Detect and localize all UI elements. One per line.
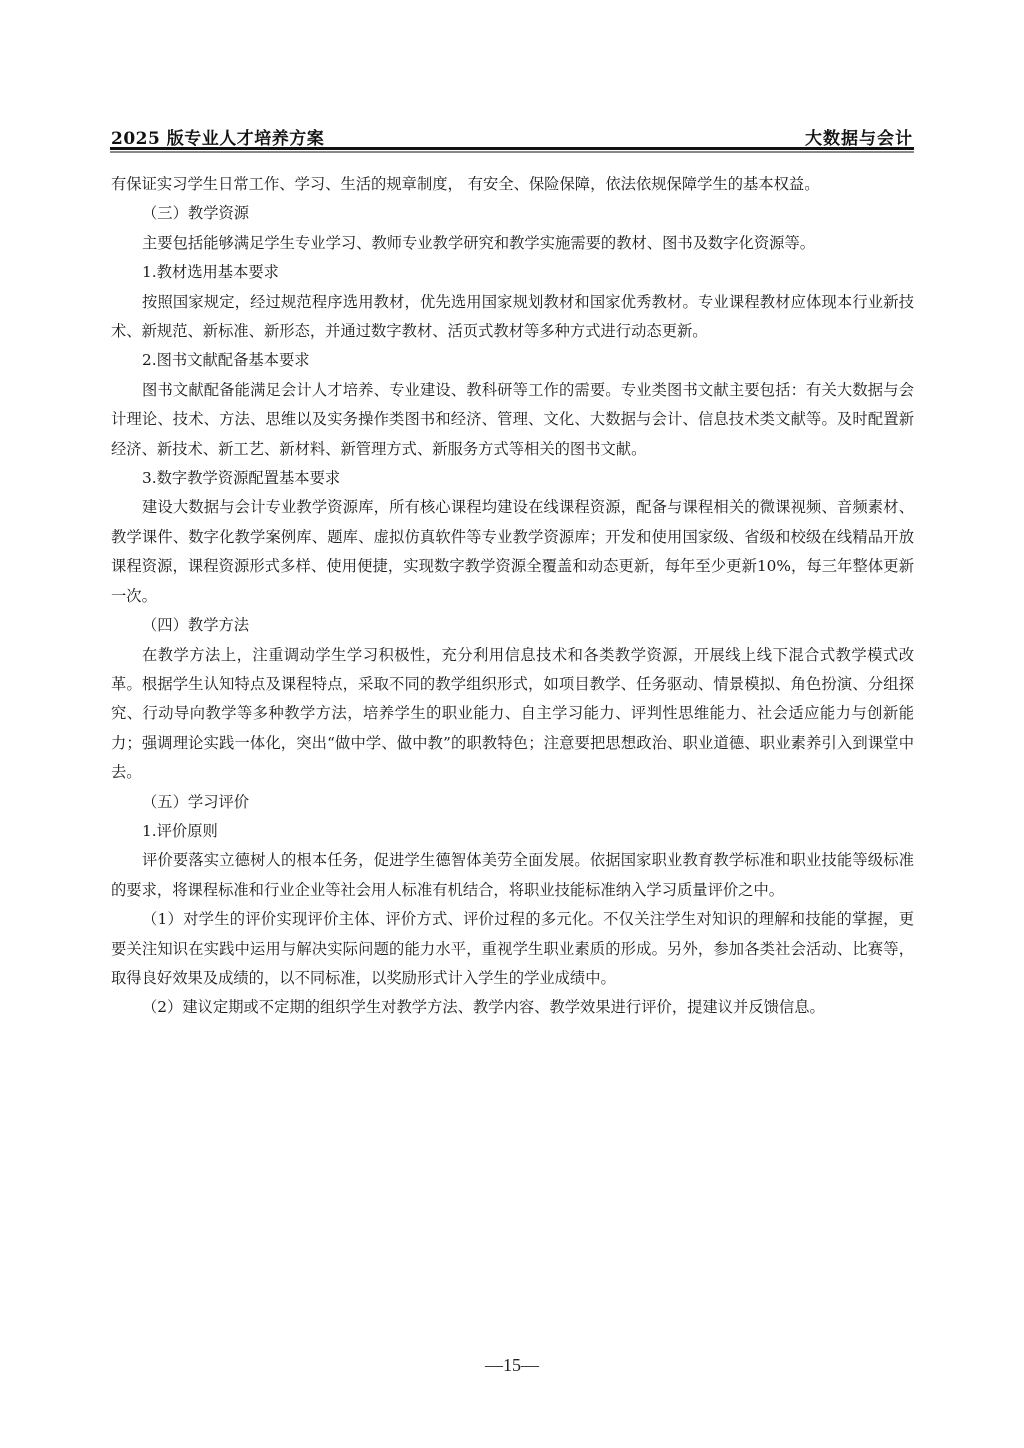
- paragraph: 建设大数据与会计专业教学资源库，所有核心课程均建设在线课程资源，配备与课程相关的…: [111, 493, 914, 611]
- section-heading-learning-evaluation: （五）学习评价: [111, 788, 914, 817]
- subheading-textbook-selection: 1.教材选用基本要求: [111, 258, 914, 287]
- paragraph: 按照国家规定，经过规范程序选用教材，优先选用国家规划教材和国家优秀教材。专业课程…: [111, 288, 914, 347]
- section-heading-teaching-methods: （四）教学方法: [111, 611, 914, 640]
- subheading-digital-resources: 3.数字教学资源配置基本要求: [111, 464, 914, 493]
- section-heading-teaching-resources: （三）教学资源: [111, 199, 914, 228]
- page-number: —15—: [0, 1355, 1024, 1376]
- header-rule-thin: [110, 151, 914, 153]
- document-page: 2025 版专业人才培养方案 大数据与会计 有保证实习学生日常工作、学习、生活的…: [0, 0, 1024, 1448]
- paragraph: 在教学方法上，注重调动学生学习积极性，充分利用信息技术和各类教学资源，开展线上线…: [111, 641, 914, 788]
- paragraph: 主要包括能够满足学生专业学习、教师专业教学研究和教学实施需要的教材、图书及数字化…: [111, 229, 914, 258]
- header-rule-thick: [110, 147, 914, 150]
- paragraph: （1）对学生的评价实现评价主体、评价方式、评价过程的多元化。不仅关注学生对知识的…: [111, 905, 914, 993]
- page-header: 2025 版专业人才培养方案 大数据与会计: [111, 124, 913, 146]
- subheading-library-resources: 2.图书文献配备基本要求: [111, 346, 914, 375]
- subheading-evaluation-principles: 1.评价原则: [111, 817, 914, 846]
- header-document-title: 2025 版专业人才培养方案: [111, 124, 324, 149]
- paragraph: （2）建议定期或不定期的组织学生对教学方法、教学内容、教学效果进行评价，提建议并…: [111, 993, 914, 1022]
- header-major-name: 大数据与会计: [805, 124, 913, 149]
- paragraph-continuation: 有保证实习学生日常工作、学习、生活的规章制度， 有安全、保险保障，依法依规保障学…: [111, 170, 914, 199]
- paragraph: 评价要落实立德树人的根本任务，促进学生德智体美劳全面发展。依据国家职业教育教学标…: [111, 846, 914, 905]
- body-text: 有保证实习学生日常工作、学习、生活的规章制度， 有安全、保险保障，依法依规保障学…: [111, 170, 914, 1023]
- paragraph: 图书文献配备能满足会计人才培养、专业建设、教科研等工作的需要。专业类图书文献主要…: [111, 376, 914, 464]
